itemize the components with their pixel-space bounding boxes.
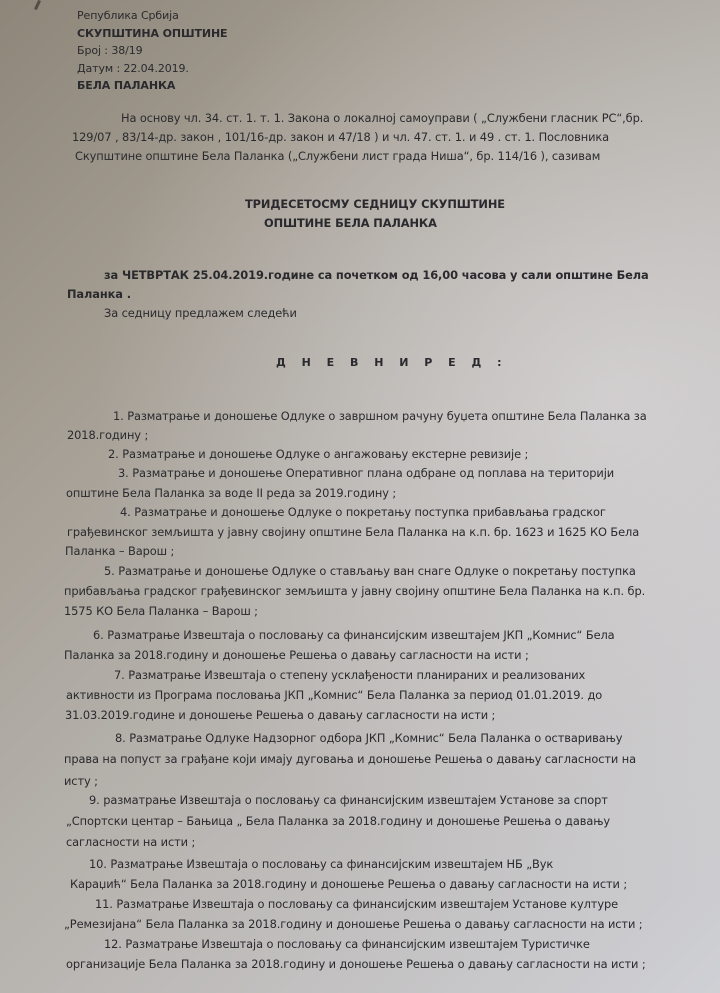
agenda-line: 8. Разматрање Одлуке Надзорног одбора ЈК… (115, 731, 622, 745)
agenda-line: прибављања градског грађевинског земљишт… (64, 584, 645, 598)
preamble-line: Скупштине општине Бела Паланка („Службен… (75, 149, 600, 163)
agenda-line: организације Бела Паланка за 2018.годину… (66, 957, 646, 971)
session-title: ОПШТИНЕ БЕЛА ПАЛАНКА (264, 216, 437, 230)
agenda-line: 12. Разматрање Извештаја о пословању са … (104, 937, 590, 951)
agenda-line: 3. Разматрање и доношење Оперативног пла… (118, 466, 614, 480)
agenda-line: 6. Разматрање Извештаја о пословању са ф… (93, 628, 615, 642)
header-number: Број : 38/19 (77, 44, 143, 57)
agenda-line: активности из Програма пословања ЈКП „Ко… (66, 688, 602, 702)
header-date: Датум : 22.04.2019. (77, 62, 189, 75)
header-place: БЕЛА ПАЛАНКА (77, 79, 175, 92)
agenda-line: Караџић“ Бела Паланка за 2018.годину и д… (70, 877, 627, 891)
agenda-line: 2018.годину ; (67, 428, 148, 442)
agenda-line: 11. Разматрање Извештаја о пословању са … (95, 897, 618, 911)
agenda-line: Паланка за 2018.годину и доношење Решења… (64, 648, 529, 662)
agenda-line: 10. Разматрање Извештаја о пословању са … (89, 857, 553, 871)
agenda-line: права на попуст за грађане који имају ду… (64, 752, 636, 766)
preamble-line: На основу чл. 34. ст. 1. т. 1. Закона о … (121, 111, 643, 125)
agenda-line: сагласности на исти ; (66, 835, 195, 849)
agenda-line: 9. разматрање Извештаја о пословању са ф… (89, 793, 608, 807)
agenda-line: грађевинског земљишта у јавну својину оп… (67, 525, 639, 539)
agenda-line: исту ; (64, 774, 98, 788)
header-institution: СКУПШТИНА ОПШТИНЕ (77, 27, 227, 40)
preamble-line: 129/07 , 83/14-др. закон , 101/16-др. за… (72, 130, 609, 144)
agenda-line: Паланка – Варош ; (65, 544, 174, 558)
agenda-line: 2. Разматрање и доношење Одлуке о ангажо… (108, 447, 528, 461)
agenda-line: 7. Разматрање Извештаја о степену усклађ… (114, 668, 585, 682)
agenda-line: 4. Разматрање и доношење Одлуке о покрет… (120, 505, 606, 519)
session-date-line: за ЧЕТВРТАК 25.04.2019.године са почетко… (104, 268, 649, 282)
session-title: ТРИДЕСЕТОСМУ СЕДНИЦУ СКУПШТИНЕ (245, 197, 505, 211)
agenda-line: 1. Разматрање и доношење Одлуке о завршн… (113, 409, 647, 423)
agenda-line: 1575 КО Бела Паланка – Варош ; (64, 604, 258, 618)
agenda-line: 5. Разматрање и доношење Одлуке о ставља… (104, 564, 636, 578)
agenda-line: општине Бела Паланка за воде II реда за … (66, 486, 396, 500)
document-page: Република Србија СКУПШТИНА ОПШТИНЕ Број … (0, 0, 720, 993)
header-country: Република Србија (77, 9, 179, 22)
proposal-text: За седницу предлажем следећи (104, 306, 297, 320)
agenda-line: 31.03.2019.године и доношење Решења о да… (65, 708, 495, 722)
agenda-line: „Ремезијана“ Бела Паланка за 2018.годину… (64, 917, 643, 931)
agenda-heading: Д Н Е В Н И Р Е Д : (276, 356, 508, 369)
session-date-line: Паланка . (67, 287, 131, 301)
agenda-line: „Спортски центар – Бањица „ Бела Паланка… (66, 814, 610, 828)
